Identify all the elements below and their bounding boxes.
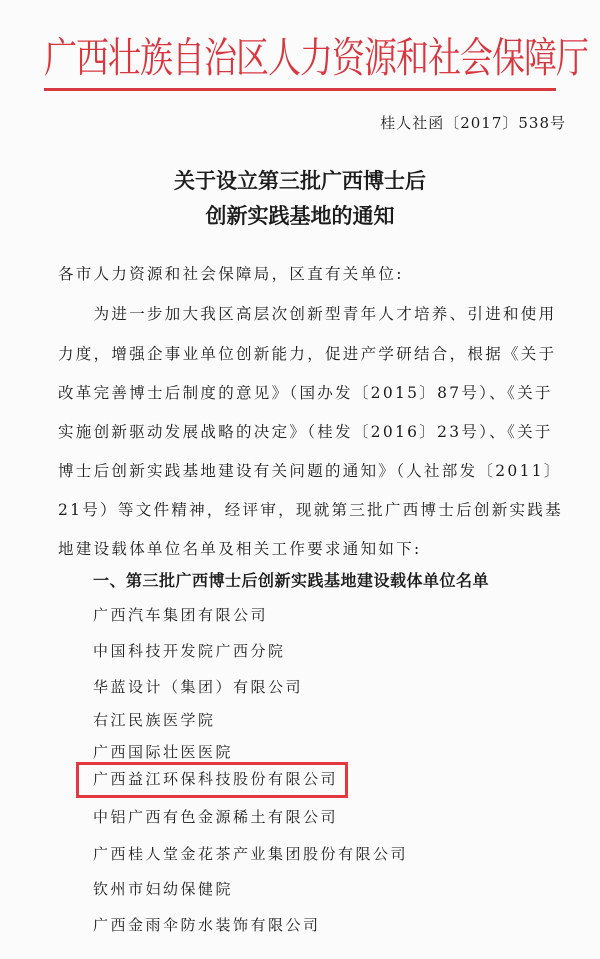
section-heading: 一、第三批广西博士后创新实践基地建设载体单位名单 [93,568,489,591]
paragraph-line: 改革完善博士后制度的意见》（国办发〔2015〕87号）、《关于 [58,381,553,405]
document-page: 广西壮族自治区人力资源和社会保障厅 桂人社函〔2017〕538号 关于设立第三批… [0,0,600,959]
document-number: 桂人社函〔2017〕538号 [380,112,566,133]
doc-title-line1: 关于设立第三批广西博士后 [0,165,600,197]
header-divider [44,88,556,91]
unit-list-item: 广西桂人堂金花茶产业集团股份有限公司 [93,843,408,865]
unit-list-item: 广西国际壮医医院 [93,741,233,763]
unit-list-item: 中国科技开发院广西分院 [93,640,286,662]
unit-list-item: 中铝广西有色金源稀土有限公司 [93,806,338,828]
paragraph-line: 为进一步加大我区高层次创新型青年人才培养、引进和使用 [58,302,556,326]
paragraph-line: 21号）等文件精神，经评审，现就第三批广西博士后创新实践基 [58,498,563,522]
doc-title-line2: 创新实践基地的通知 [0,200,600,232]
unit-list-item: 钦州市妇幼保健院 [93,878,233,900]
agency-header: 广西壮族自治区人力资源和社会保障厅 [44,28,564,88]
unit-list-item-highlighted: 广西益江环保科技股份有限公司 [93,768,338,790]
salutation: 各市人力资源和社会保障局，区直有关单位: [58,262,404,286]
paragraph-line: 博士后创新实践基地建设有关问题的通知》（人社部发〔2011〕 [58,459,562,483]
paragraph-line: 实施创新驱动发展战略的决定》（桂发〔2016〕23号）、《关于 [58,420,553,444]
paragraph-line: 地建设载体单位名单及相关工作要求通知如下: [58,537,422,561]
unit-list-item: 右江民族医学院 [93,709,216,731]
unit-list-item: 华蓝设计（集团）有限公司 [93,676,303,698]
unit-list-item: 广西金雨伞防水装饰有限公司 [93,914,321,936]
unit-list-item: 广西汽车集团有限公司 [93,604,268,626]
paragraph-line: 力度，增强企事业单位创新能力，促进产学研结合，根据《关于 [58,342,556,366]
